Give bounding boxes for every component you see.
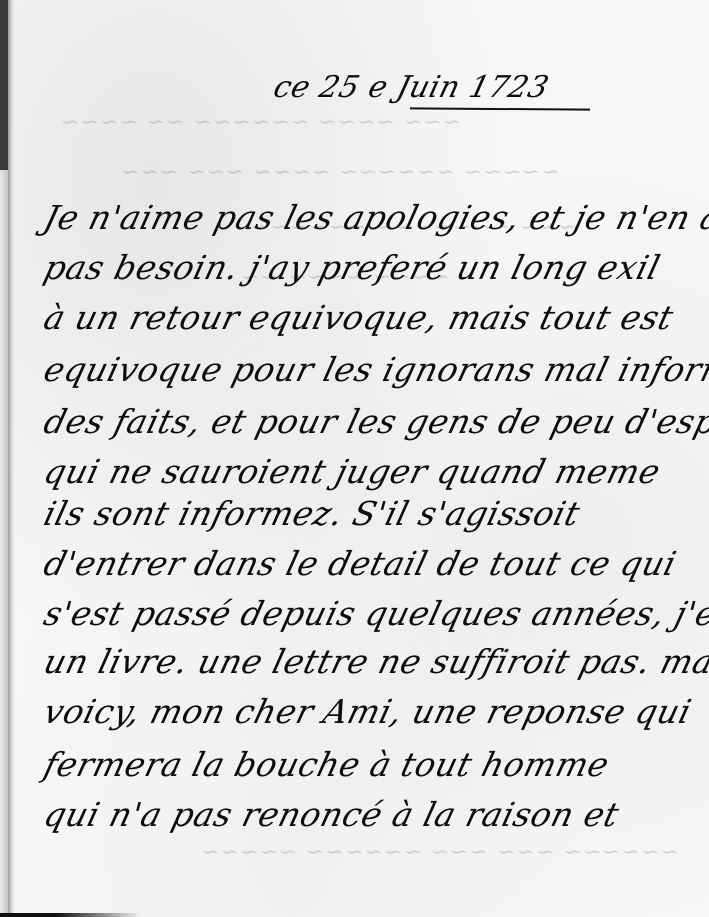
letter-line-12: fermera la bouche à tout homme xyxy=(40,745,613,784)
letter-line-7: ils sont informez. S'il s'agissoit xyxy=(40,494,584,533)
letter-line-5: des faits, et pour les gens de peu d'esp… xyxy=(40,402,709,441)
scanner-bed-bottom xyxy=(0,913,709,917)
letter-line-11: voicy, mon cher Ami, une reponse qui xyxy=(40,692,696,731)
letter-line-8: d'entrer dans le detail de tout ce qui xyxy=(40,544,680,583)
letter-line-4: equivoque pour les ignorans mal informez xyxy=(40,350,709,389)
date-heading: ce 25 e Juin 1723 xyxy=(270,70,552,105)
letter-line-13: qui n'a pas renoncé à la raison et xyxy=(40,795,623,834)
letter-line-1: Je n'aime pas les apologies, et je n'en … xyxy=(40,198,709,237)
letter-line-9: s'est passé depuis quelques années, j'ec… xyxy=(40,594,709,633)
letter-line-10: un livre. une lettre ne suffiroit pas. m… xyxy=(40,642,709,681)
page-fold-shadow xyxy=(8,0,14,917)
manuscript-scan: ~~~ ~~~~ ~~~~~~ ~~ ~~~~ ~~~~~ ~~~~~~ ~~~… xyxy=(0,0,709,917)
letter-line-3: à un retour equivoque, mais tout est xyxy=(40,298,678,337)
letter-line-6: qui ne sauroient juger quand meme xyxy=(40,452,664,491)
letter-line-2: pas besoin. j'ay preferé un long exil xyxy=(40,248,664,287)
